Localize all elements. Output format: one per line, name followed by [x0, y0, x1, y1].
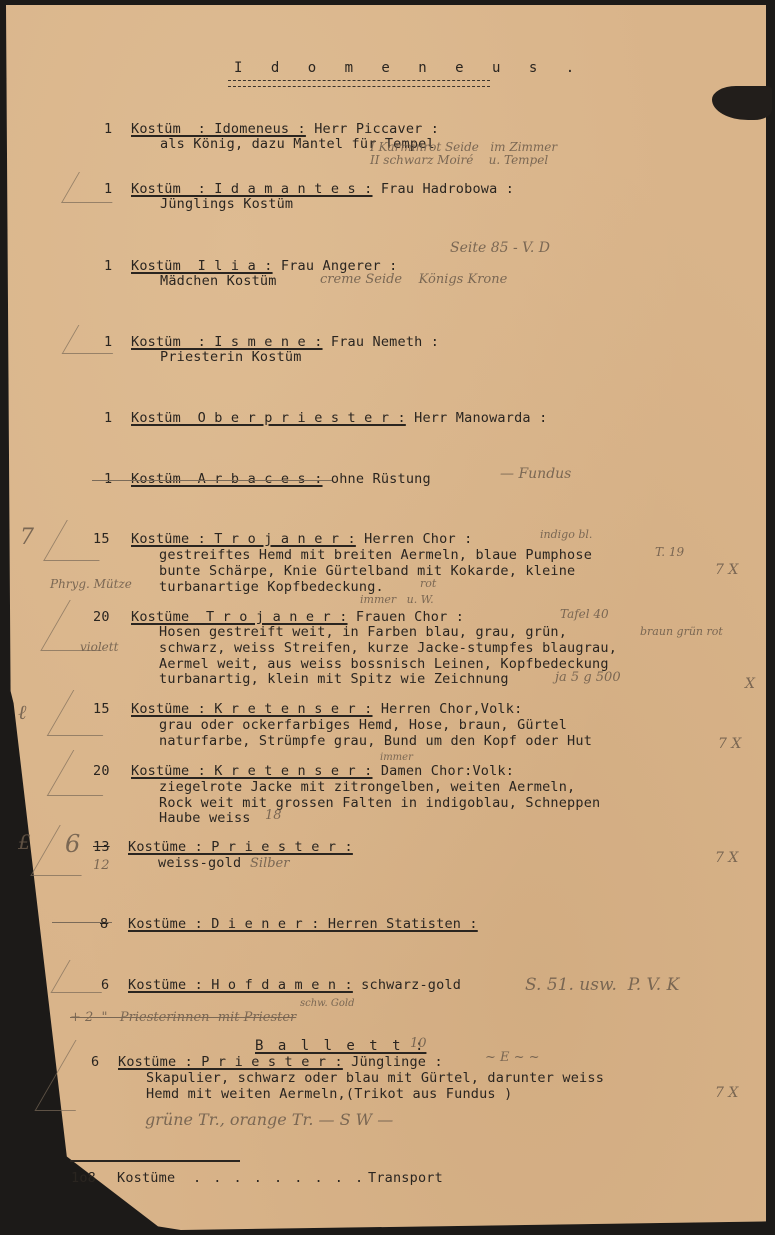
entry-label: Kostüm I l i a :: [131, 258, 273, 274]
entry-desc: Hemd mit weiten Aermeln,(Trikot aus Fund…: [146, 1086, 512, 1102]
entry-qty: 1: [104, 334, 112, 350]
handwritten-note: indigo bl.: [540, 528, 592, 541]
entry-qty: 1: [104, 181, 112, 197]
entry-desc: Aermel weit, aus weiss bossnisch Leinen,…: [159, 656, 609, 672]
footer-total-qty: 1o8: [71, 1170, 96, 1186]
entry-line: Kostüme : P r i e s t e r : Jünglinge :: [118, 1054, 443, 1070]
entry-performer: Frau Nemeth :: [323, 334, 440, 350]
entry-desc: Hosen gestreift weit, in Farben blau, gr…: [159, 624, 567, 640]
entry-line: Kostüme T r o j a n e r : Frauen Chor :: [131, 609, 464, 625]
entry-label: Kostüme : K r e t e n s e r :: [131, 701, 373, 717]
entry-performer: Damen Chor:Volk:: [373, 763, 515, 779]
entry-qty: 1: [104, 410, 112, 426]
entry-desc: Skapulier, schwarz oder blau mit Gürtel,…: [146, 1070, 604, 1086]
pencil-mark: 7: [20, 525, 34, 550]
entry-qty: 1: [104, 121, 112, 137]
entry-line: Kostüm A r b a c e s : ohne Rüstung: [131, 471, 431, 487]
entry-label: Kostüme : P r i e s t e r :: [128, 839, 353, 855]
entry-performer: Frauen Chor :: [348, 609, 465, 625]
entry-desc: naturfarbe, Strümpfe grau, Bund um den K…: [159, 733, 592, 749]
handwritten-note: violett: [80, 640, 118, 654]
document-title: I d o m e n e u s .: [234, 60, 584, 76]
entry-line: Kostüm : I s m e n e : Frau Nemeth :: [131, 334, 439, 350]
entry-qty: 20: [93, 609, 110, 625]
entry-label: Kostüme : H o f d a m e n :: [128, 977, 353, 993]
entry-line: Kostüm : Idomeneus : Herr Piccaver :: [131, 121, 439, 137]
handwritten-note: II schwarz Moiré u. Tempel: [370, 153, 548, 167]
handwritten-note: Tafel 40: [560, 607, 609, 621]
entry-line: Kostüme : K r e t e n s e r : Damen Chor…: [131, 763, 514, 779]
handwritten-note: immer u. W.: [360, 593, 434, 606]
handwritten-note: grüne Tr., orange Tr. — S W —: [145, 1110, 393, 1129]
total-rule: [70, 1160, 240, 1162]
entry-performer: ohne Rüstung: [323, 471, 431, 487]
entry-desc: Rock weit mit grossen Falten in indigobl…: [159, 795, 600, 811]
check-mark: 7 X: [718, 736, 741, 752]
entry-label: Kostüm : I s m e n e :: [131, 334, 323, 350]
entry-label: Kostüm A r b a c e s :: [131, 471, 323, 487]
handwritten-note: T. 19: [655, 545, 684, 559]
entry-desc: turbanartig, klein mit Spitz wie Zeichnu…: [159, 671, 509, 687]
pencil-strike-line: [92, 480, 332, 481]
pencil-mark: ℓ: [18, 700, 26, 725]
entry-desc: gestreiftes Hemd mit breiten Aermeln, bl…: [159, 547, 592, 563]
section-heading-ballett: B a l l e t t :: [255, 1038, 426, 1054]
entry-label: Kostüm O b e r p r i e s t e r :: [131, 410, 406, 426]
entry-label: Kostüme : P r i e s t e r :: [118, 1054, 343, 1070]
handwritten-note: Silber: [250, 856, 289, 871]
entry-desc: bunte Schärpe, Knie Gürtelband mit Kokar…: [159, 563, 575, 579]
entry-desc: ziegelrote Jacke mit zitrongelben, weite…: [159, 779, 575, 795]
check-mark: X: [745, 676, 755, 692]
entry-performer: Herren Chor,Volk:: [373, 701, 523, 717]
handwritten-note: 10: [410, 1036, 427, 1051]
handwritten-note: creme Seide Königs Krone: [320, 272, 507, 287]
title-double-underline: [228, 80, 490, 87]
entry-qty: 6: [101, 977, 109, 993]
handwritten-note: Phryg. Mütze: [50, 577, 132, 591]
handwritten-note: rot: [420, 577, 436, 590]
entry-performer: Frau Hadrobowa :: [373, 181, 515, 197]
footer-label: Kostüme: [117, 1170, 175, 1186]
entry-desc: Priesterin Kostüm: [160, 349, 302, 365]
entry-line: Kostüm O b e r p r i e s t e r : Herr Ma…: [131, 410, 547, 426]
handwritten-note: immer: [380, 752, 413, 763]
entry-desc: Mädchen Kostüm: [160, 273, 277, 289]
entry-label: Kostüme : D i e n e r : Herren Statisten…: [128, 916, 478, 932]
entry-desc: Haube weiss: [159, 810, 251, 826]
entry-line: Kostüme : H o f d a m e n : schwarz-gold: [128, 977, 461, 993]
entry-qty: 1: [104, 258, 112, 274]
entry-line: Kostüme : K r e t e n s e r : Herren Cho…: [131, 701, 522, 717]
entry-qty: 15: [93, 701, 110, 717]
entry-performer: Jünglinge :: [343, 1054, 443, 1070]
entry-performer: Herr Piccaver :: [306, 121, 439, 137]
handwritten-note: Seite 85 - V. D: [450, 240, 550, 256]
entry-qty: 6: [91, 1054, 99, 1070]
entry-label: Kostüme T r o j a n e r :: [131, 609, 348, 625]
entry-desc: schwarz, weiss Streifen, kurze Jacke-stu…: [159, 640, 617, 656]
check-mark: 7 X: [715, 850, 738, 866]
handwritten-note: ja 5 g 500: [555, 670, 621, 685]
entry-desc: Jünglings Kostüm: [160, 196, 293, 212]
entry-line: Kostüme : D i e n e r : Herren Statisten…: [128, 916, 478, 932]
footer-dots: . . . . . . . . .: [193, 1170, 365, 1186]
entry-performer: Herren Chor :: [356, 531, 473, 547]
entry-line: Kostüm : I d a m a n t e s : Frau Hadrob…: [131, 181, 514, 197]
handwritten-note: S. 51. usw. P. V. K: [525, 975, 679, 995]
entry-qty: 15: [93, 531, 110, 547]
entry-label: Kostüm : I d a m a n t e s :: [131, 181, 373, 197]
entry-qty: 13: [93, 839, 110, 855]
handwritten-note: braun grün rot: [640, 625, 723, 638]
entry-qty: 20: [93, 763, 110, 779]
footer-transport: Transport: [368, 1170, 443, 1186]
entry-line: Kostüme : T r o j a n e r : Herren Chor …: [131, 531, 472, 547]
entry-label: Kostüm : Idomeneus :: [131, 121, 306, 137]
entry-performer: Herr Manowarda :: [406, 410, 548, 426]
handwritten-note: schw. Gold: [300, 998, 355, 1009]
entry-label: Kostüme : K r e t e n s e r :: [131, 763, 373, 779]
entry-qty: 1: [104, 471, 112, 487]
handwritten-note: — Fundus: [500, 466, 571, 482]
entry-qty: 8: [100, 916, 108, 932]
handwritten-note: I Karminrot Seide im Zimmer: [370, 140, 557, 154]
pencil-mark: £: [18, 830, 31, 854]
handwritten-note: 18: [265, 808, 282, 823]
handwritten-struck-line: + 2 " Priesterinnen mit Priester: [70, 1010, 296, 1025]
entry-line: Kostüme : P r i e s t e r :: [128, 839, 353, 855]
entry-desc: turbanartige Kopfbedeckung.: [159, 579, 384, 595]
entry-performer: schwarz-gold: [353, 977, 461, 993]
handwritten-note: 12: [93, 858, 110, 873]
check-mark: 7 X: [715, 562, 738, 578]
entry-desc: grau oder ockerfarbiges Hemd, Hose, brau…: [159, 717, 567, 733]
entry-label: Kostüme : T r o j a n e r :: [131, 531, 356, 547]
handwritten-note: ~ E ~ ~: [485, 1050, 540, 1065]
check-mark: 7 X: [715, 1085, 738, 1101]
entry-desc: weiss-gold: [158, 855, 241, 871]
